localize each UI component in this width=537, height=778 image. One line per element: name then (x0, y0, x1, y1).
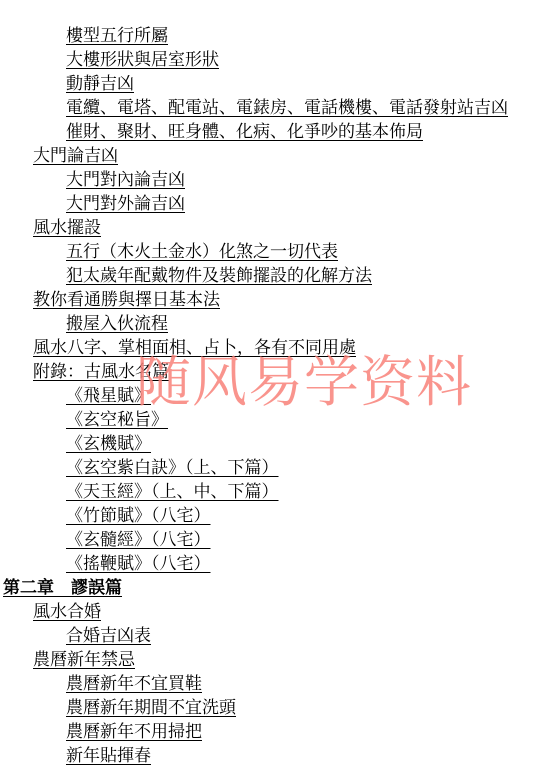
toc-entry: 大樓形狀與居室形狀 (0, 48, 537, 72)
toc-entry: 農曆新年期間不宜洗頭 (0, 696, 537, 720)
toc-entry: 農曆新年禁忌 (0, 648, 537, 672)
toc-entry: 第二章 謬誤篇 (0, 576, 537, 600)
toc-link[interactable]: 教你看通勝與擇日基本法 (33, 290, 220, 309)
toc-link[interactable]: 《玄機賦》 (66, 434, 151, 453)
toc-link[interactable]: 合婚吉凶表 (66, 626, 151, 645)
toc-link[interactable]: 《玄空秘旨》 (66, 410, 168, 429)
toc-entry: 風水合婚 (0, 600, 537, 624)
toc-entry: 《玄空紫白訣》（上、下篇） (0, 456, 537, 480)
toc-link[interactable]: 樓型五行所屬 (66, 26, 168, 45)
toc-link[interactable]: 大樓形狀與居室形狀 (66, 50, 219, 69)
toc-entry: 大門對外論吉凶 (0, 192, 537, 216)
toc-entry: 犯太歲年配戴物件及裝飾擺設的化解方法 (0, 264, 537, 288)
toc-entry: 附錄：古風水名篇 (0, 360, 537, 384)
toc-link[interactable]: 搬屋入伙流程 (66, 314, 168, 333)
toc-link[interactable]: 風水合婚 (33, 602, 101, 621)
toc-entry: 搬屋入伙流程 (0, 312, 537, 336)
toc-entry: 電纜、電塔、配電站、電錶房、電話機樓、電話發射站吉凶 (0, 96, 537, 120)
toc-link[interactable]: 五行（木火土金水）化煞之一切代表 (66, 242, 338, 261)
toc-entry: 風水八字、掌相面相、占卜，各有不同用處 (0, 336, 537, 360)
toc-entry: 風水擺設 (0, 216, 537, 240)
toc-entry: 新年貼揮春 (0, 744, 537, 768)
toc-entry: 《搖鞭賦》（八宅） (0, 552, 537, 576)
toc-entry: 農曆新年不用掃把 (0, 720, 537, 744)
toc-entry: 動靜吉凶 (0, 72, 537, 96)
toc-link[interactable]: 農曆新年禁忌 (33, 650, 135, 669)
toc-entry: 《竹節賦》（八宅） (0, 504, 537, 528)
toc-entry: 大門論吉凶 (0, 144, 537, 168)
toc-entry: 《飛星賦》 (0, 384, 537, 408)
toc-link[interactable]: 附錄：古風水名篇 (33, 362, 169, 381)
toc-entry: 五行（木火土金水）化煞之一切代表 (0, 240, 537, 264)
toc-link[interactable]: 《玄髓經》（八宅） (66, 530, 211, 549)
toc-link[interactable]: 動靜吉凶 (66, 74, 134, 93)
toc-link[interactable]: 犯太歲年配戴物件及裝飾擺設的化解方法 (66, 266, 372, 285)
toc-link[interactable]: 大門論吉凶 (33, 146, 118, 165)
toc-link[interactable]: 《玄空紫白訣》（上、下篇） (66, 458, 279, 477)
toc-link[interactable]: 電纜、電塔、配電站、電錶房、電話機樓、電話發射站吉凶 (66, 98, 508, 117)
toc-entry: 《玄空秘旨》 (0, 408, 537, 432)
toc-link[interactable]: 農曆新年期間不宜洗頭 (66, 698, 236, 717)
toc-link[interactable]: 《竹節賦》（八宅） (66, 506, 211, 525)
toc-entry: 農曆新年不宜買鞋 (0, 672, 537, 696)
toc-link[interactable]: 風水擺設 (33, 218, 101, 237)
toc-link[interactable]: 風水八字、掌相面相、占卜，各有不同用處 (33, 338, 356, 357)
toc-link[interactable]: 第二章 謬誤篇 (3, 578, 122, 597)
toc-entry: 《玄機賦》 (0, 432, 537, 456)
toc-link[interactable]: 農曆新年不用掃把 (66, 722, 202, 741)
toc-link[interactable]: 《天玉經》（上、中、下篇） (66, 482, 279, 501)
toc-list: 樓型五行所屬大樓形狀與居室形狀動靜吉凶電纜、電塔、配電站、電錶房、電話機樓、電話… (0, 0, 537, 768)
toc-entry: 《玄髓經》（八宅） (0, 528, 537, 552)
toc-link[interactable]: 催財、聚財、旺身體、化病、化爭吵的基本佈局 (66, 122, 423, 141)
toc-entry: 教你看通勝與擇日基本法 (0, 288, 537, 312)
document-page: 樓型五行所屬大樓形狀與居室形狀動靜吉凶電纜、電塔、配電站、電錶房、電話機樓、電話… (0, 0, 537, 778)
toc-link[interactable]: 大門對外論吉凶 (66, 194, 185, 213)
toc-entry: 樓型五行所屬 (0, 24, 537, 48)
toc-link[interactable]: 大門對內論吉凶 (66, 170, 185, 189)
toc-entry: 《天玉經》（上、中、下篇） (0, 480, 537, 504)
toc-entry: 催財、聚財、旺身體、化病、化爭吵的基本佈局 (0, 120, 537, 144)
toc-entry: 大門對內論吉凶 (0, 168, 537, 192)
toc-link[interactable]: 《搖鞭賦》（八宅） (66, 554, 211, 573)
toc-entry: 合婚吉凶表 (0, 624, 537, 648)
toc-link[interactable]: 《飛星賦》 (66, 386, 151, 405)
toc-link[interactable]: 農曆新年不宜買鞋 (66, 674, 202, 693)
toc-link[interactable]: 新年貼揮春 (66, 746, 151, 765)
